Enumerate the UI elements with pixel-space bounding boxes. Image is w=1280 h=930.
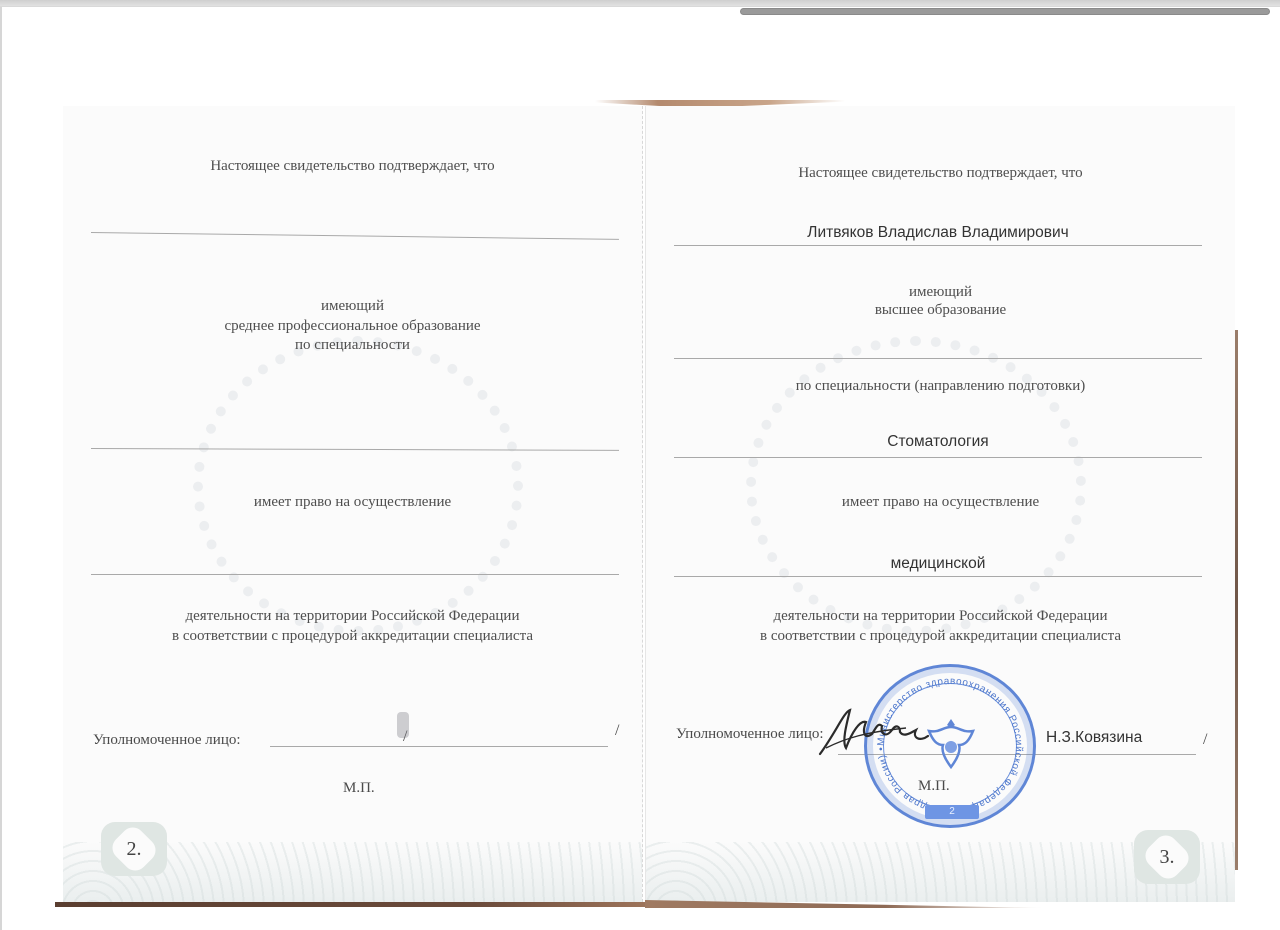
watermark-pattern [193,336,523,636]
cover-edge-right [1235,330,1238,870]
right-text: имеет право на осуществление [63,492,642,512]
activity-value: медицинской [674,555,1202,573]
specialty-line [674,457,1202,458]
signature-end-slash: / [1203,731,1207,749]
specialty-label: по специальности (направлению подготовки… [646,376,1235,396]
territory-line-1: деятельности на территории Российской Фе… [646,606,1235,626]
right-text: имеет право на осуществление [646,492,1235,512]
document-scan: Настоящее свидетельство подтверждает, чт… [55,100,1245,910]
seal-label: М.П. [918,778,950,795]
holder-name-line [674,245,1202,246]
education-line-3: по специальности [63,335,642,355]
education-field-line [674,358,1202,359]
activity-line [674,576,1202,577]
education-line-1: имеющий [63,296,642,316]
activity-line [91,574,619,575]
seal-label: М.П. [343,780,375,797]
education-line-2: среднее профессиональное образование [63,316,642,336]
horizontal-scrollbar[interactable] [740,8,1270,15]
page-number-badge: 2. [101,822,167,876]
authorized-person-label: Уполномоченное лицо: [676,726,824,743]
specialty-value: Стоматология [674,433,1202,451]
cover-edge-bottom-left [55,902,655,907]
page-left: Настоящее свидетельство подтверждает, чт… [63,106,643,902]
education-line-2: высшее образование [646,300,1235,320]
territory-line-2: в соответствии с процедурой аккредитации… [646,626,1235,646]
viewer-top-bar [0,0,1280,7]
intro-text: Настоящее свидетельство подтверждает, чт… [646,163,1235,183]
intro-text: Настоящее свидетельство подтверждает, чт… [63,156,642,176]
authorized-person-name: Н.З.Ковязина [1046,729,1166,747]
territory-line-1: деятельности на территории Российской Фе… [63,606,642,626]
holder-name: Литвяков Владислав Владимирович [674,224,1202,242]
page-number: 2. [127,838,142,861]
authorized-person-label: Уполномоченное лицо: [93,732,241,749]
stamp-number: 2 [925,805,979,819]
ink-smudge [397,712,409,738]
education-line-1: имеющий [646,282,1235,302]
territory-line-2: в соответствии с процедурой аккредитации… [63,626,642,646]
page-right: Настоящее свидетельство подтверждает, чт… [645,106,1235,902]
page-number: 3. [1160,846,1175,869]
viewer-left-edge [0,7,2,930]
handwritten-signature [816,702,946,762]
signature-end-slash: / [615,722,619,740]
holder-name-line [91,232,619,240]
signature-line [270,746,608,747]
page-number-badge: 3. [1134,830,1200,884]
